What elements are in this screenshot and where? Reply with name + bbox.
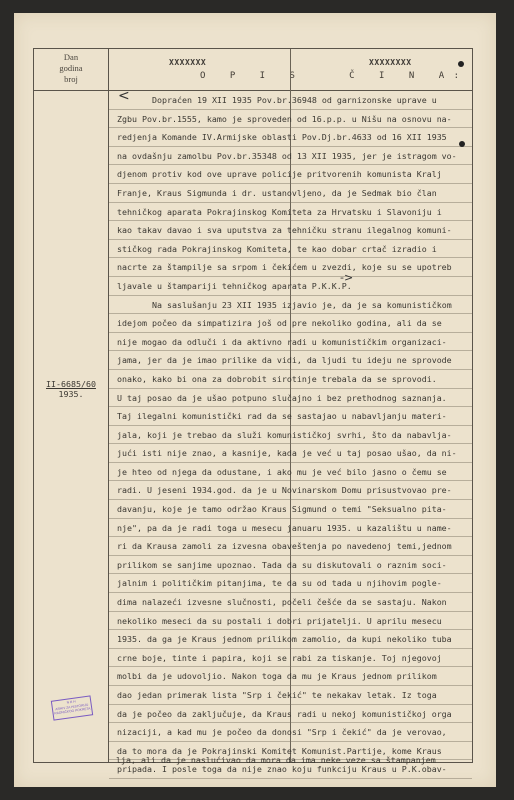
text-line: nije mogao da odluči i da aktivno radi u… (109, 333, 472, 352)
text-line: prilikom se sanjime upoznao. Tada da su … (109, 556, 472, 575)
text-line: Na saslušanju 23 XII 1935 izjavio je, da… (109, 296, 472, 315)
text-line: na ovdašnju zamolbu Pov.br.35348 od 13 X… (109, 147, 472, 166)
struck-out-word-left: XXXXXXX (169, 58, 206, 67)
header-title: O P I S Č I N A: (200, 71, 469, 81)
text-line: ri da Krausa zamoli za izvesna obavešten… (109, 537, 472, 556)
text-line: dima nalazeći izvesne slučnosti, počeli … (109, 593, 472, 612)
text-line: jući isti nije znao, a kasnije, kada je … (109, 444, 472, 463)
text-line: Taj ilegalni komunistički rad da se sast… (109, 407, 472, 426)
text-line: idejom počeo da simpatizira još od pre n… (109, 314, 472, 333)
text-line: je hteo od njega da odustane, i ako mu j… (109, 463, 472, 482)
text-line: kao takav davao i sva uputstva za tehnič… (109, 221, 472, 240)
case-year: 1935. (34, 389, 108, 399)
text-line: U taj posao da je ušao potpuno slučajno … (109, 389, 472, 408)
text-line: Zgbu Pov.br.1555, kamo je sproveden od 1… (109, 110, 472, 129)
punch-hole-dot-icon (458, 61, 464, 67)
handwritten-start-mark-icon: < (118, 88, 130, 104)
text-line: jala, koji je trebao da služi komunistič… (109, 426, 472, 445)
label-broj: broj (34, 74, 108, 85)
label-godina: godina (34, 63, 108, 74)
struck-out-word-right: XXXXXXXX (369, 58, 412, 67)
text-line: redjenja Komande IV.Armijske oblasti Pov… (109, 128, 472, 147)
text-line: nekoliko meseci da su postali i dobri pr… (109, 612, 472, 631)
record-table: Dan godina broj XXXXXXX XXXXXXXX O P I S… (33, 48, 473, 763)
text-line: radi. U jeseni 1934.god. da je u Novinar… (109, 481, 472, 500)
header-date-column-label: Dan godina broj (34, 52, 108, 85)
punch-hole-dot-icon (459, 141, 465, 147)
label-dan: Dan (34, 52, 108, 63)
text-line: da je počeo da zaključuje, da Kraus radi… (109, 705, 472, 724)
final-text-line: lja, ali da je naslućivao da mora da ima… (116, 755, 436, 765)
text-line: 1935. da ga je Kraus jednom prilikom zam… (109, 630, 472, 649)
table-header: Dan godina broj XXXXXXX XXXXXXXX O P I S… (34, 49, 472, 91)
text-line: nje", pa da je radi toga u mesecu januar… (109, 519, 472, 538)
description-text: Dopraćen 19 XII 1935 Pov.br.36948 od gar… (109, 91, 472, 779)
text-line: crne boje, tinte i papira, koji se rabi … (109, 649, 472, 668)
text-line: molbi da je udovoljio. Nakon toga da mu … (109, 667, 472, 686)
text-line: ljavale u štampariji tehničkog aparata P… (109, 277, 472, 296)
text-line: dao jedan primerak lista "Srp i čekić" t… (109, 686, 472, 705)
text-line: onako, kako bi ona za dobrobit sirotinje… (109, 370, 472, 389)
text-line: tehničkog aparata Pokrajinskog Komiteta … (109, 203, 472, 222)
text-line: Dopraćen 19 XII 1935 Pov.br.36948 od gar… (109, 91, 472, 110)
text-line: jama, jer da je imao prilike da vidi, da… (109, 351, 472, 370)
text-line: djenom protiv kod ove uprave policije pr… (109, 165, 472, 184)
text-line: davanju, koje je tamo održao Kraus Sigmu… (109, 500, 472, 519)
text-line: Franje, Kraus Sigmunda i dr. ustanovljen… (109, 184, 472, 203)
text-line: stičkog rada Pokrajinskog Komiteta, te k… (109, 240, 472, 259)
case-number: II-6685/60 (34, 379, 108, 389)
handwritten-arrow-icon: -> (340, 271, 353, 284)
text-line: nizaciji, a kad mu je počeo da donosi "S… (109, 723, 472, 742)
text-line: jalnim i političkim pitanjima, te da su … (109, 574, 472, 593)
text-line: nacrte za štampilje sa srpom i čekićem u… (109, 258, 472, 277)
case-reference: II-6685/60 1935. (34, 379, 108, 399)
